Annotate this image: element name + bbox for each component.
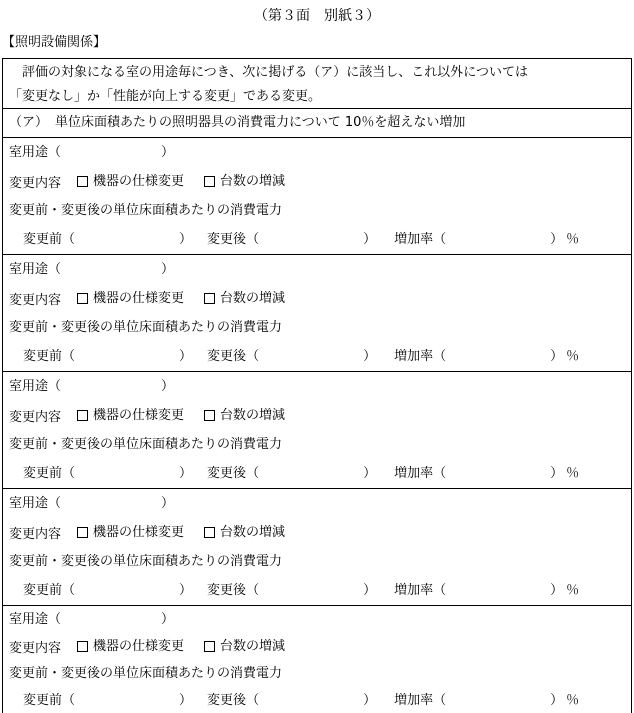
room-use-label: 室用途 — [9, 255, 48, 284]
condition-a-row: （ア） 単位床面積あたりの照明器具の消費電力について 10％を超えない増加 — [3, 109, 631, 138]
percent-suffix: ％ — [566, 225, 579, 254]
change-content-line: 変更内容機器の仕様変更台数の増減 — [3, 401, 631, 430]
change-content-label: 変更内容 — [9, 403, 61, 432]
open-paren: （ — [62, 576, 75, 605]
open-paren: （ — [433, 687, 446, 713]
room-use-line: 室用途（） — [3, 138, 631, 167]
percent-suffix: ％ — [566, 342, 579, 371]
after-label: 変更後 — [207, 459, 246, 488]
percent-suffix: ％ — [566, 687, 579, 713]
rate-label: 増加率 — [394, 225, 433, 254]
close-paren: ） — [550, 687, 563, 713]
checkbox-unit-count-change[interactable]: 台数の増減 — [204, 284, 285, 313]
table-header-row: 評価の対象になる室の用途毎につき、次に掲げる（ア）に該当し、これ以外については … — [3, 59, 631, 109]
open-paren: （ — [433, 342, 446, 371]
change-content-line: 変更内容機器の仕様変更台数の増減 — [3, 284, 631, 313]
checkbox-icon — [204, 176, 215, 187]
checkbox-icon — [204, 527, 215, 538]
open-paren: （ — [246, 459, 259, 488]
rate-label: 増加率 — [394, 342, 433, 371]
close-paren: ） — [363, 225, 376, 254]
change-content-label: 変更内容 — [9, 520, 61, 549]
checkbox-icon — [77, 527, 88, 538]
checkbox-equipment-spec-change[interactable]: 機器の仕様変更 — [77, 284, 184, 313]
before-label: 変更前 — [23, 459, 62, 488]
open-paren: （ — [246, 576, 259, 605]
section-heading: 【照明設備関係】 — [0, 26, 634, 50]
checkbox-equipment-spec-change-label: 機器の仕様変更 — [93, 633, 184, 660]
close-paren: ） — [363, 342, 376, 371]
open-paren: （ — [48, 255, 61, 284]
after-value-group: 変更後（） — [207, 225, 376, 254]
checkbox-equipment-spec-change[interactable]: 機器の仕様変更 — [77, 633, 184, 660]
before-label: 変更前 — [23, 225, 62, 254]
checkbox-equipment-spec-change-label: 機器の仕様変更 — [93, 401, 184, 430]
room-change-block: 室用途（） 変更内容機器の仕様変更台数の増減 変更前・変更後の単位床面積あたりの… — [3, 488, 631, 605]
room-use-label: 室用途 — [9, 138, 48, 167]
checkbox-unit-count-change-label: 台数の増減 — [220, 633, 285, 660]
close-paren: ） — [161, 489, 174, 518]
open-paren: （ — [433, 576, 446, 605]
room-change-block: 室用途（） 変更内容機器の仕様変更台数の増減 変更前・変更後の単位床面積あたりの… — [3, 371, 631, 488]
room-use-label: 室用途 — [9, 372, 48, 401]
rate-value-group: 増加率（）％ — [394, 687, 579, 713]
open-paren: （ — [433, 459, 446, 488]
before-label: 変更前 — [23, 687, 62, 713]
change-content-line: 変更内容機器の仕様変更台数の増減 — [3, 518, 631, 547]
checkbox-icon — [204, 293, 215, 304]
rate-label: 増加率 — [394, 576, 433, 605]
checkbox-unit-count-change-label: 台数の増減 — [220, 401, 285, 430]
before-label: 変更前 — [23, 342, 62, 371]
values-line: 変更前（）変更後（）増加率（）％ — [3, 576, 631, 605]
open-paren: （ — [433, 225, 446, 254]
close-paren: ） — [550, 342, 563, 371]
close-paren: ） — [179, 687, 192, 713]
power-note-line: 変更前・変更後の単位床面積あたりの消費電力 — [3, 660, 631, 687]
after-value-group: 変更後（） — [207, 576, 376, 605]
checkbox-icon — [77, 293, 88, 304]
after-label: 変更後 — [207, 576, 246, 605]
values-line: 変更前（）変更後（）増加率（）％ — [3, 225, 631, 254]
rate-value-group: 増加率（）％ — [394, 576, 579, 605]
open-paren: （ — [48, 606, 61, 633]
open-paren: （ — [62, 225, 75, 254]
close-paren: ） — [363, 459, 376, 488]
power-note-line: 変更前・変更後の単位床面積あたりの消費電力 — [3, 313, 631, 342]
power-note-line: 変更前・変更後の単位床面積あたりの消費電力 — [3, 196, 631, 225]
before-value-group: 変更前（） — [23, 342, 192, 371]
rate-label: 増加率 — [394, 687, 433, 713]
checkbox-icon — [77, 641, 88, 652]
checkbox-unit-count-change[interactable]: 台数の増減 — [204, 167, 285, 196]
close-paren: ） — [179, 576, 192, 605]
close-paren: ） — [363, 687, 376, 713]
checkbox-equipment-spec-change-label: 機器の仕様変更 — [93, 518, 184, 547]
page-title: （第３面 別紙３） — [0, 0, 634, 26]
open-paren: （ — [48, 372, 61, 401]
values-line: 変更前（）変更後（）増加率（）％ — [3, 342, 631, 371]
room-use-label: 室用途 — [9, 489, 48, 518]
after-value-group: 変更後（） — [207, 342, 376, 371]
change-content-line: 変更内容機器の仕様変更台数の増減 — [3, 633, 631, 660]
open-paren: （ — [62, 342, 75, 371]
checkbox-unit-count-change[interactable]: 台数の増減 — [204, 518, 285, 547]
open-paren: （ — [246, 225, 259, 254]
condition-a-label: （ア） — [9, 109, 48, 137]
checkbox-unit-count-change-label: 台数の増減 — [220, 284, 285, 313]
open-paren: （ — [48, 138, 61, 167]
percent-suffix: ％ — [566, 576, 579, 605]
change-content-label: 変更内容 — [9, 286, 61, 315]
checkbox-icon — [204, 641, 215, 652]
checkbox-unit-count-change[interactable]: 台数の増減 — [204, 633, 285, 660]
percent-suffix: ％ — [566, 459, 579, 488]
checkbox-unit-count-change[interactable]: 台数の増減 — [204, 401, 285, 430]
checkbox-icon — [77, 410, 88, 421]
close-paren: ） — [179, 459, 192, 488]
room-change-block: 室用途（） 変更内容機器の仕様変更台数の増減 変更前・変更後の単位床面積あたりの… — [3, 138, 631, 254]
before-value-group: 変更前（） — [23, 225, 192, 254]
checkbox-equipment-spec-change[interactable]: 機器の仕様変更 — [77, 167, 184, 196]
room-use-line: 室用途（） — [3, 255, 631, 284]
checkbox-equipment-spec-change[interactable]: 機器の仕様変更 — [77, 401, 184, 430]
close-paren: ） — [161, 255, 174, 284]
before-label: 変更前 — [23, 576, 62, 605]
after-value-group: 変更後（） — [207, 459, 376, 488]
before-value-group: 変更前（） — [23, 576, 192, 605]
open-paren: （ — [62, 687, 75, 713]
rate-value-group: 増加率（）％ — [394, 225, 579, 254]
close-paren: ） — [179, 225, 192, 254]
checkbox-equipment-spec-change-label: 機器の仕様変更 — [93, 284, 184, 313]
form-page: （第３面 別紙３） 【照明設備関係】 評価の対象になる室の用途毎につき、次に掲げ… — [0, 0, 634, 713]
close-paren: ） — [363, 576, 376, 605]
before-value-group: 変更前（） — [23, 687, 192, 713]
header-text-line1: 評価の対象になる室の用途毎につき、次に掲げる（ア）に該当し、これ以外については — [9, 61, 625, 85]
after-label: 変更後 — [207, 687, 246, 713]
close-paren: ） — [550, 576, 563, 605]
condition-a-text: 単位床面積あたりの照明器具の消費電力について 10％を超えない増加 — [55, 109, 465, 137]
checkbox-unit-count-change-label: 台数の増減 — [220, 518, 285, 547]
close-paren: ） — [161, 372, 174, 401]
close-paren: ） — [161, 606, 174, 633]
change-content-label: 変更内容 — [9, 169, 61, 198]
room-use-line: 室用途（） — [3, 606, 631, 633]
change-content-label: 変更内容 — [9, 635, 61, 662]
close-paren: ） — [179, 342, 192, 371]
checkbox-equipment-spec-change[interactable]: 機器の仕様変更 — [77, 518, 184, 547]
values-line: 変更前（）変更後（）増加率（）％ — [3, 459, 631, 488]
open-paren: （ — [246, 342, 259, 371]
header-text-line2: 「変更なし」か「性能が向上する変更」である変更。 — [9, 85, 625, 109]
checkbox-unit-count-change-label: 台数の増減 — [220, 167, 285, 196]
values-line: 変更前（）変更後（）増加率（）％ — [3, 687, 631, 713]
after-label: 変更後 — [207, 342, 246, 371]
room-use-label: 室用途 — [9, 606, 48, 633]
after-value-group: 変更後（） — [207, 687, 376, 713]
open-paren: （ — [246, 687, 259, 713]
room-change-block: 室用途（） 変更内容機器の仕様変更台数の増減 変更前・変更後の単位床面積あたりの… — [3, 605, 631, 713]
power-note-line: 変更前・変更後の単位床面積あたりの消費電力 — [3, 430, 631, 459]
power-note-line: 変更前・変更後の単位床面積あたりの消費電力 — [3, 547, 631, 576]
room-change-block: 室用途（） 変更内容機器の仕様変更台数の増減 変更前・変更後の単位床面積あたりの… — [3, 254, 631, 371]
room-use-line: 室用途（） — [3, 489, 631, 518]
room-blocks-container: 室用途（） 変更内容機器の仕様変更台数の増減 変更前・変更後の単位床面積あたりの… — [3, 138, 631, 713]
close-paren: ） — [161, 138, 174, 167]
checkbox-equipment-spec-change-label: 機器の仕様変更 — [93, 167, 184, 196]
room-use-line: 室用途（） — [3, 372, 631, 401]
close-paren: ） — [550, 225, 563, 254]
close-paren: ） — [550, 459, 563, 488]
after-label: 変更後 — [207, 225, 246, 254]
before-value-group: 変更前（） — [23, 459, 192, 488]
open-paren: （ — [62, 459, 75, 488]
rate-label: 増加率 — [394, 459, 433, 488]
checkbox-icon — [204, 410, 215, 421]
change-content-line: 変更内容機器の仕様変更台数の増減 — [3, 167, 631, 196]
rate-value-group: 増加率（）％ — [394, 459, 579, 488]
open-paren: （ — [48, 489, 61, 518]
rate-value-group: 増加率（）％ — [394, 342, 579, 371]
checkbox-icon — [77, 176, 88, 187]
lighting-form-table: 評価の対象になる室の用途毎につき、次に掲げる（ア）に該当し、これ以外については … — [2, 58, 632, 713]
